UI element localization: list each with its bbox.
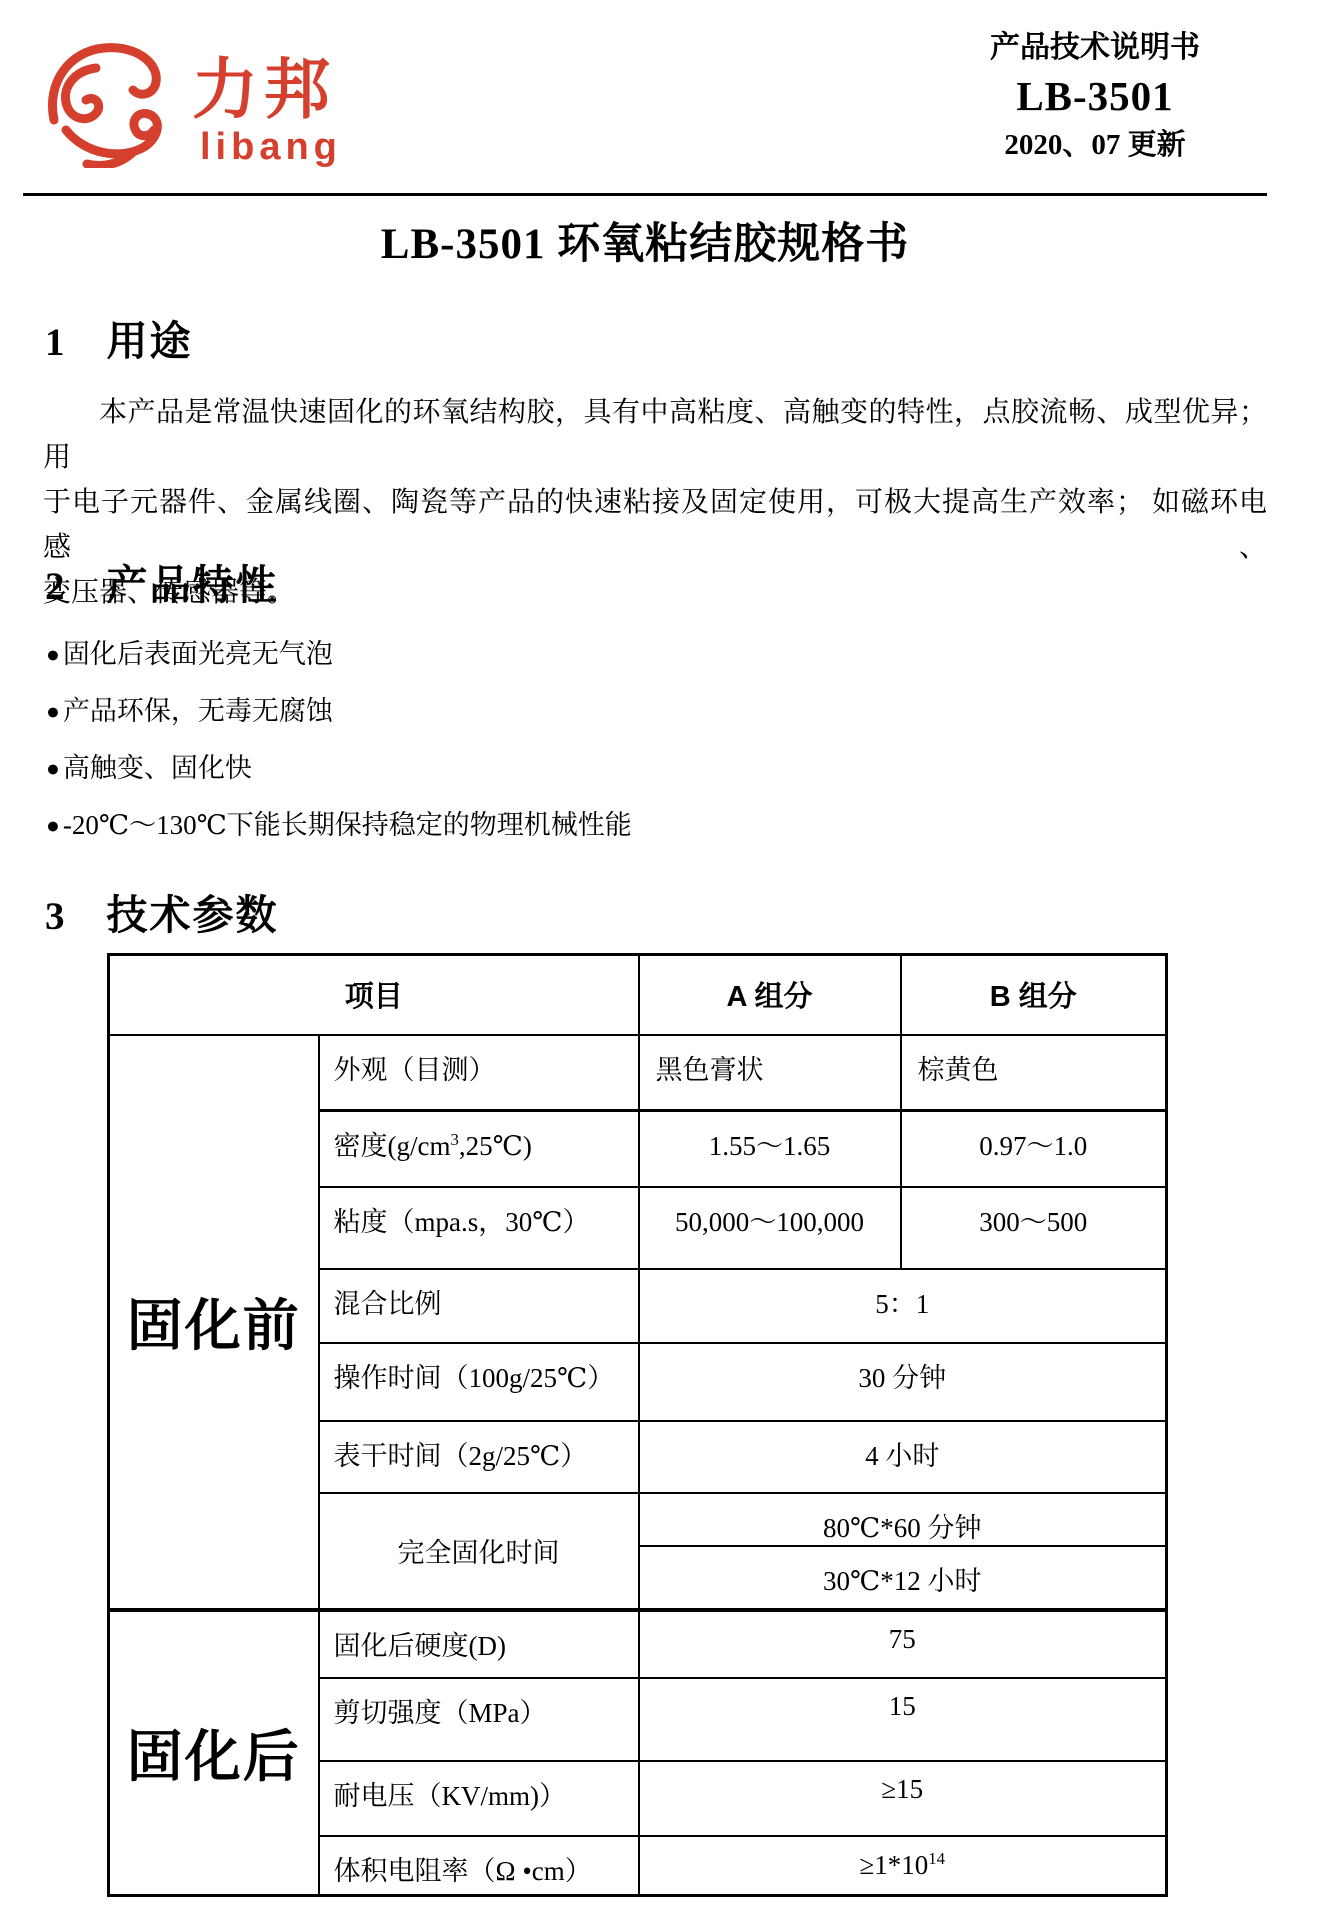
group-label-before-cure: 固化前 [109, 1035, 319, 1610]
feature-text: 固化后表面光亮无气泡 [63, 639, 333, 669]
table-row-appearance: 固化前 外观（目测） 黑色膏状 棕黄色 [109, 1035, 1167, 1111]
feature-item: ●固化后表面光亮无气泡 [46, 626, 632, 683]
feature-item: ●产品环保，无毒无腐蚀 [46, 683, 632, 740]
value-merged: ≥1*1014 [639, 1836, 1167, 1896]
table-header-row: 项目 A 组分 B 组分 [109, 955, 1167, 1035]
libang-swirl-icon [42, 40, 182, 168]
spec-table: 项目 A 组分 B 组分 固化前 外观（目测） 黑色膏状 棕黄色 密度(g/cm… [107, 953, 1168, 1897]
section-3-heading: 3技术参数 [45, 882, 279, 941]
section-3-title: 技术参数 [107, 892, 279, 938]
col-header-comp-a: A 组分 [639, 955, 901, 1035]
feature-text: -20℃～130℃下能长期保持稳定的物理机械性能 [63, 810, 632, 840]
revision-date: 2020、07 更新 [915, 122, 1275, 168]
brand-name-en: libang [200, 126, 342, 169]
row-label: 外观（目测） [319, 1035, 639, 1111]
row-label: 操作时间（100g/25℃） [319, 1343, 639, 1421]
col-header-item: 项目 [109, 955, 639, 1035]
section-3-number: 3 [45, 895, 65, 938]
section-2-heading: 2产品特性 [45, 552, 279, 611]
section-2-title: 产品特性 [107, 562, 279, 608]
row-label: 混合比例 [319, 1269, 639, 1343]
section-1-number: 1 [45, 321, 65, 364]
value-a: 50,000～100,000 [639, 1187, 901, 1269]
row-label: 体积电阻率（Ω •cm） [319, 1836, 639, 1896]
header-info: 产品技术说明书 LB-3501 2020、07 更新 [915, 26, 1275, 168]
col-header-comp-b: B 组分 [901, 955, 1167, 1035]
value-merged: 30℃*12 小时 [639, 1546, 1167, 1610]
value-a: 黑色膏状 [639, 1035, 901, 1111]
row-label: 密度(g/cm3,25℃) [319, 1111, 639, 1187]
value-merged: 4 小时 [639, 1421, 1167, 1493]
value-a: 1.55～1.65 [639, 1111, 901, 1187]
row-label: 固化后硬度(D) [319, 1610, 639, 1678]
bullet-icon: ● [46, 699, 60, 724]
row-label: 耐电压（KV/mm)） [319, 1761, 639, 1836]
paragraph-line: 本产品是常温快速固化的环氧结构胶，具有中高粘度、高触变的特性，点胶流畅、成型优异… [43, 390, 1267, 480]
group-label-after-cure: 固化后 [109, 1610, 319, 1896]
feature-item: ●高触变、固化快 [46, 740, 632, 797]
doc-type-label: 产品技术说明书 [915, 26, 1275, 70]
feature-text: 产品环保，无毒无腐蚀 [63, 696, 333, 726]
value-merged: 30 分钟 [639, 1343, 1167, 1421]
bullet-icon: ● [46, 642, 60, 667]
brand-name-cn: 力邦 [192, 36, 336, 131]
bullet-icon: ● [46, 756, 60, 781]
value-merged: 80℃*60 分钟 [639, 1493, 1167, 1546]
document-page: 力邦 libang 产品技术说明书 LB-3501 2020、07 更新 LB-… [0, 0, 1321, 1920]
feature-item: ●-20℃～130℃下能长期保持稳定的物理机械性能 [46, 797, 632, 854]
value-b: 棕黄色 [901, 1035, 1167, 1111]
model-number: LB-3501 [915, 70, 1275, 122]
value-merged: 15 [639, 1678, 1167, 1761]
section-2-number: 2 [45, 565, 65, 608]
value-b: 0.97～1.0 [901, 1111, 1167, 1187]
libang-logo: 力邦 libang [42, 30, 402, 175]
section-1-title: 用途 [107, 318, 193, 364]
row-label: 表干时间（2g/25℃） [319, 1421, 639, 1493]
page-title: LB-3501 环氧粘结胶规格书 [23, 210, 1267, 271]
row-label: 剪切强度（MPa） [319, 1678, 639, 1761]
value-b: 300～500 [901, 1187, 1167, 1269]
feature-list: ●固化后表面光亮无气泡 ●产品环保，无毒无腐蚀 ●高触变、固化快 ●-20℃～1… [46, 626, 632, 854]
value-merged: 75 [639, 1610, 1167, 1678]
value-merged: 5：1 [639, 1269, 1167, 1343]
section-1-heading: 1用途 [45, 308, 193, 367]
header-divider [23, 193, 1267, 196]
row-label: 完全固化时间 [319, 1493, 639, 1610]
table-row-hardness: 固化后 固化后硬度(D) 75 [109, 1610, 1167, 1678]
feature-text: 高触变、固化快 [63, 753, 252, 783]
value-merged: ≥15 [639, 1761, 1167, 1836]
row-label: 粘度（mpa.s，30℃） [319, 1187, 639, 1269]
bullet-icon: ● [46, 813, 60, 838]
